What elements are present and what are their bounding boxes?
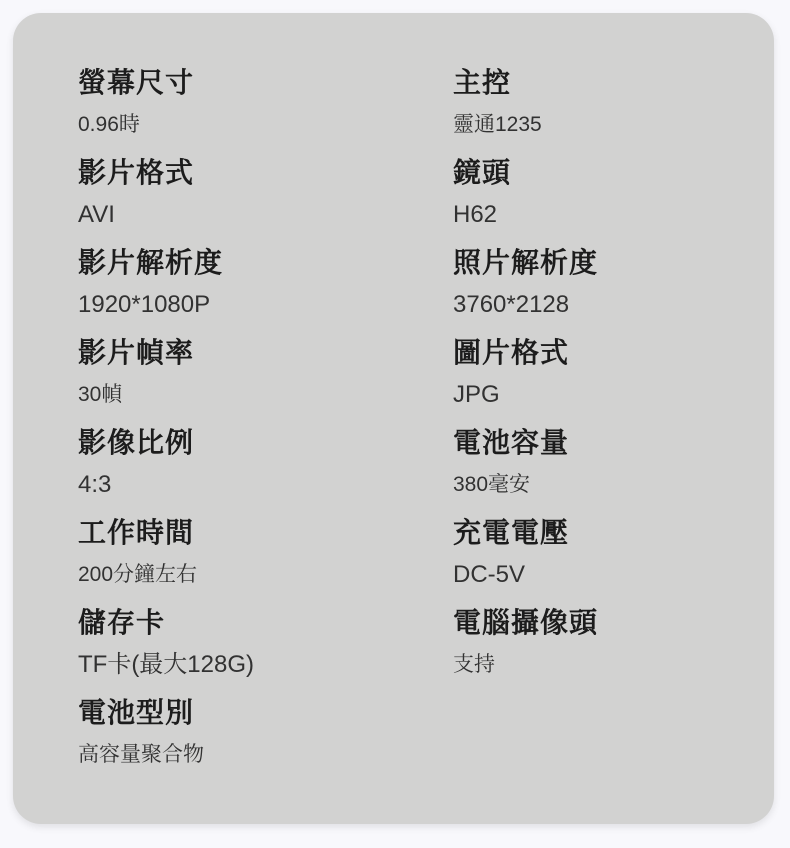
spec-value: 3760*2128 — [453, 290, 774, 320]
spec-label: 影片幀率 — [78, 335, 453, 371]
spec-value: 0.96時 — [78, 110, 453, 140]
spec-value: H62 — [453, 200, 774, 230]
spec-item-working-time: 工作時間 200分鐘左右 — [78, 515, 453, 605]
spec-item-photo-resolution: 照片解析度 3760*2128 — [453, 245, 774, 335]
specs-right-column: 主控 靈通1235 鏡頭 H62 照片解析度 3760*2128 圖片格式 JP… — [453, 65, 774, 785]
spec-value: 380毫安 — [453, 470, 774, 500]
spec-label: 影像比例 — [78, 425, 453, 461]
spec-item-lens: 鏡頭 H62 — [453, 155, 774, 245]
spec-value: DC-5V — [453, 560, 774, 590]
spec-value: 1920*1080P — [78, 290, 453, 320]
spec-value: 30幀 — [78, 380, 453, 410]
spec-item-video-format: 影片格式 AVI — [78, 155, 453, 245]
spec-label: 電池容量 — [453, 425, 774, 461]
specs-left-column: 螢幕尺寸 0.96時 影片格式 AVI 影片解析度 1920*1080P 影片幀… — [78, 65, 453, 785]
spec-item-aspect-ratio: 影像比例 4:3 — [78, 425, 453, 515]
specs-columns: 螢幕尺寸 0.96時 影片格式 AVI 影片解析度 1920*1080P 影片幀… — [78, 65, 774, 785]
spec-item-charging-voltage: 充電電壓 DC-5V — [453, 515, 774, 605]
spec-value: JPG — [453, 380, 774, 410]
spec-value: 高容量聚合物 — [78, 740, 453, 770]
spec-label: 照片解析度 — [453, 245, 774, 281]
spec-item-main-chip: 主控 靈通1235 — [453, 65, 774, 155]
spec-label: 螢幕尺寸 — [78, 65, 453, 101]
spec-value: 4:3 — [78, 470, 453, 500]
spec-label: 工作時間 — [78, 515, 453, 551]
spec-value: AVI — [78, 200, 453, 230]
spec-label: 電池型別 — [78, 695, 453, 731]
spec-label: 儲存卡 — [78, 605, 453, 641]
product-specs-card: 螢幕尺寸 0.96時 影片格式 AVI 影片解析度 1920*1080P 影片幀… — [13, 13, 774, 824]
spec-value: 支持 — [453, 650, 774, 680]
spec-value: 200分鐘左右 — [78, 560, 453, 590]
spec-label: 影片格式 — [78, 155, 453, 191]
spec-value: TF卡(最大128G) — [78, 650, 453, 680]
spec-label: 鏡頭 — [453, 155, 774, 191]
spec-item-battery-type: 電池型別 高容量聚合物 — [78, 695, 453, 785]
spec-item-frame-rate: 影片幀率 30幀 — [78, 335, 453, 425]
spec-label: 充電電壓 — [453, 515, 774, 551]
spec-item-storage-card: 儲存卡 TF卡(最大128G) — [78, 605, 453, 695]
spec-value: 靈通1235 — [453, 110, 774, 140]
spec-label: 影片解析度 — [78, 245, 453, 281]
spec-label: 圖片格式 — [453, 335, 774, 371]
spec-item-pc-webcam: 電腦攝像頭 支持 — [453, 605, 774, 695]
spec-item-video-resolution: 影片解析度 1920*1080P — [78, 245, 453, 335]
spec-item-battery-capacity: 電池容量 380毫安 — [453, 425, 774, 515]
spec-item-screen-size: 螢幕尺寸 0.96時 — [78, 65, 453, 155]
spec-label: 電腦攝像頭 — [453, 605, 774, 641]
spec-label: 主控 — [453, 65, 774, 101]
spec-item-image-format: 圖片格式 JPG — [453, 335, 774, 425]
